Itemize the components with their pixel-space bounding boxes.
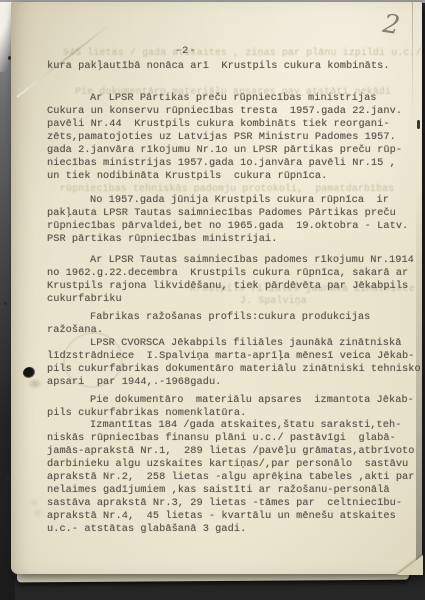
text-line: Krustpils rajona likvidēšanu, tiek pārdē… — [47, 280, 417, 293]
text-line: pavēli Nr.44 Krustpils cukura kombināts … — [47, 118, 417, 131]
paragraph: Pie dokumentāro materiālu apsares izmant… — [47, 394, 417, 420]
text-line: Fabrikas ražošanas profils:cukura produk… — [47, 311, 417, 324]
text-line: aprakstā Nr.4, 45 lietas - kvartālu un m… — [47, 510, 417, 523]
hole-smudge — [27, 378, 43, 390]
text-line: zēts,pamatojoties uz Latvijas PSR Minist… — [47, 131, 417, 144]
dust-speck — [7, 478, 9, 481]
paragraph: Izmantītas 184 /gada atskaites,štatu sar… — [47, 419, 417, 536]
text-line: pakļauta LPSR Tautas saimniecības Padome… — [47, 207, 417, 220]
text-line: LPSR CVORSCA Jēkabpils filiāles jaunākā … — [47, 337, 417, 350]
paragraph: Ar LPSR Tautas saimniecības padomes rīko… — [47, 254, 417, 306]
text-line: Ar LPSR Pārtikas preču rūpniecības minis… — [47, 92, 417, 105]
paragraph: kura pakļautībā nonāca arī Krustpils cuk… — [47, 60, 417, 73]
text-line: kura pakļautībā nonāca arī Krustpils cuk… — [47, 60, 417, 73]
text-line: un tiek nodibināta Krustpils cukura rūpn… — [47, 170, 417, 183]
text-line: No 1957.gada jūnija Krustpils cukura rūp… — [47, 194, 417, 207]
typed-text: kura pakļautībā nonāca arī Krustpils cuk… — [11, 2, 422, 574]
paragraph: Ar LPSR Pārtikas preču rūpniecības minis… — [47, 92, 417, 183]
text-line: Izmantītas 184 /gada atskaites,štatu sar… — [47, 419, 417, 432]
paragraph: No 1957.gada jūnija Krustpils cukura rūp… — [47, 194, 417, 246]
text-line: PSR pārtikas rūpniecības ministrijai. — [47, 233, 417, 246]
paragraph: Fabrikas ražošanas profils:cukura produk… — [47, 311, 417, 337]
pencil-smudge — [32, 508, 43, 518]
text-line: cukurfabriku — [47, 293, 417, 306]
text-line: gada 2.janvāra rīkojumu Nr.1o un LPSR pā… — [47, 144, 417, 157]
text-line: sastāva aprakstā Nr.3, 29 lietas -tāmes … — [47, 497, 417, 510]
text-line: rūpniecības pārvaldei,bet no 1965.gada 1… — [47, 220, 417, 233]
text-line: aprakstā Nr.2, 258 lietas -algu aprēķina… — [47, 471, 417, 484]
scanned-document-page: -2- 2 945 lietas / gada atskaites , ziņa… — [0, 0, 425, 600]
text-line: darbinieku algu uzskaites kartiņas/,par … — [47, 458, 417, 471]
pencil-smudge — [30, 498, 39, 507]
corner-fold — [397, 555, 423, 575]
paper-sheet: -2- 2 945 lietas / gada atskaites , ziņa… — [11, 2, 422, 574]
text-line: u.c.- atstātas glabāšanā 3 gadi. — [47, 523, 417, 536]
text-line: jamās-aprakstā Nr.1, 289 lietas /pavēļu … — [47, 445, 417, 458]
text-line: līdzstrādniece I.Spalviņa marta-aprīļa m… — [47, 350, 417, 363]
text-line: apsari par 1944,.-1968gadu. — [47, 376, 417, 389]
text-line: nelaimes gadījumiem ,kas saistīti ar raž… — [47, 484, 417, 497]
text-line: Ar LPSR Tautas saimniecības padomes rīko… — [47, 254, 417, 267]
text-line: ražošana. — [47, 324, 417, 337]
dust-speck — [4, 302, 7, 305]
dust-speck — [8, 56, 11, 60]
text-line: niecības ministrijas 1957.gada 1o.janvār… — [47, 157, 417, 170]
text-line: Cukura un konservu rūpniecības tresta 19… — [47, 105, 417, 118]
paragraph: LPSR CVORSCA Jēkabpils filiāles jaunākā … — [47, 337, 417, 389]
dust-speck — [417, 120, 420, 129]
text-line: Pie dokumentāro materiālu apsares izmant… — [47, 394, 417, 407]
text-line: niskās rūpniecības finansu plāni u.c./ p… — [47, 432, 417, 445]
text-line: no 1962.g.22.decembra Krustpils cukura r… — [47, 267, 417, 280]
text-line: pils cukurfabrikas dokumentāro materiālu… — [47, 363, 417, 376]
